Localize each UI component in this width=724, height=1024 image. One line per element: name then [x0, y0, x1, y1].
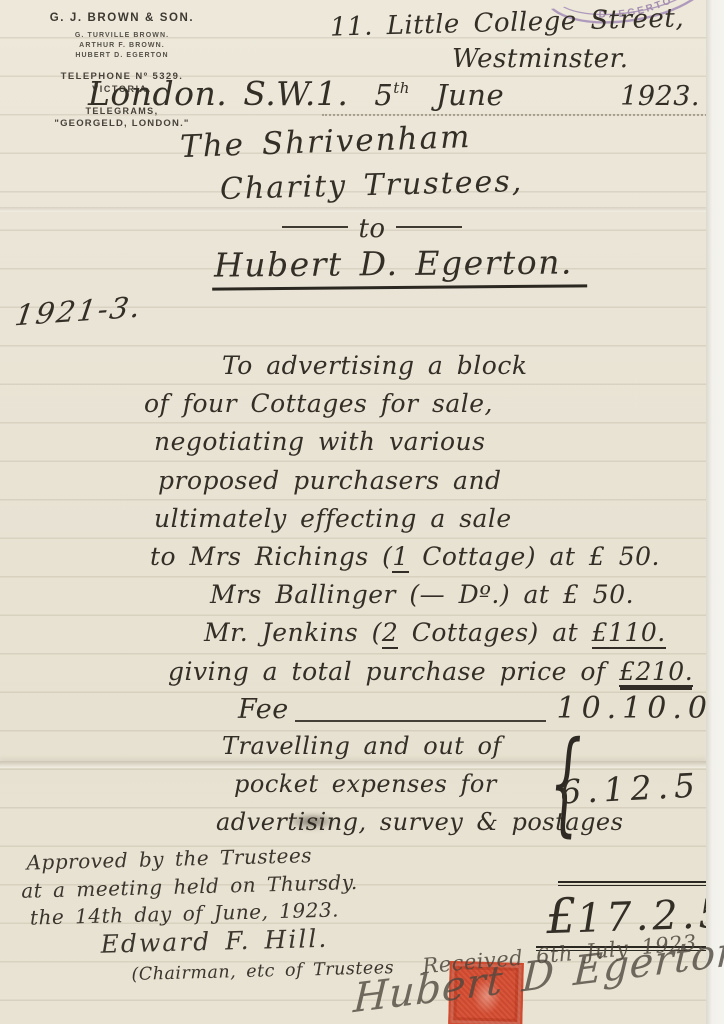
dash-left — [282, 226, 348, 228]
invoice-line-sale-3: Mr. Jenkins (2 Cottages) at £110. — [204, 614, 713, 652]
invoice-line: negotiating with various — [154, 423, 713, 461]
underlined-amount: £110. — [592, 618, 666, 649]
fold-crease-top — [0, 207, 706, 212]
to-label: to — [348, 214, 395, 244]
partner-name: HUBERT D. EGERTON — [38, 51, 206, 61]
invoice-line-sale-1: to Mrs Richings (1 Cottage) at £ 50. — [150, 538, 713, 576]
invoice-line: of four Cottages for sale, — [144, 385, 713, 423]
ink-smudge — [286, 813, 338, 830]
paper-sheet: D. EGERTO G. J. BROWN & SON. G. TURVILLE… — [0, 0, 706, 1024]
dotted-date-rule — [322, 114, 710, 116]
addressee-line-2: Charity Trustees, — [220, 164, 524, 207]
fee-label: Fee — [238, 694, 289, 725]
underlined-count: 1 — [392, 542, 408, 573]
currency-sign: £ — [545, 888, 577, 945]
underlined-count: 2 — [382, 618, 398, 649]
invoice-line: ultimately effecting a sale — [154, 500, 713, 538]
telegrams-address: "GEORGELD, LONDON." — [38, 118, 206, 129]
invoice-line-sale-2: Mrs Ballinger (— Dº.) at £ 50. — [210, 576, 713, 614]
place-date-line: London. S.W.1. 5th June 1923. — [88, 74, 708, 113]
date-month: June — [436, 78, 504, 112]
fee-row: Fee 10.10.0 — [238, 691, 713, 729]
partner-name: ARTHUR F. BROWN. — [38, 41, 206, 51]
company-name: G. J. BROWN & SON. — [38, 12, 206, 24]
date-ordinal-suffix: th — [393, 79, 410, 97]
expenses-amount: 6.12.5 — [559, 765, 702, 811]
invoice-total-price-line: giving a total purchase price of £210. — [168, 653, 713, 691]
double-underlined-amount: £210. — [619, 659, 693, 687]
date-year: 1923. — [620, 81, 700, 112]
account-period: 1921-3. — [13, 290, 145, 333]
city: Westminster. — [452, 44, 629, 74]
invoice-line: To advertising a block — [222, 347, 713, 385]
scanned-invoice-document: D. EGERTO G. J. BROWN & SON. G. TURVILLE… — [0, 0, 724, 1024]
invoice-line: proposed purchasers and — [158, 462, 713, 500]
payee-name: Hubert D. Egerton. — [212, 242, 587, 290]
invoice-body: To advertising a block of four Cottages … — [138, 347, 713, 729]
expenses-line: Travelling and out of — [222, 727, 713, 765]
partner-name: G. TURVILLE BROWN. — [38, 31, 206, 41]
place: London. S.W.1. — [88, 74, 348, 113]
to-separator: to — [282, 214, 462, 244]
date-day: 5th — [374, 78, 410, 112]
scan-background-edge — [706, 0, 724, 1024]
addressee-line-1: The Shrivenham — [179, 119, 472, 165]
approval-note: Approved by the Trustees at a meeting he… — [16, 840, 394, 992]
fee-rule-line — [295, 720, 547, 722]
receipt-signature: Hubert D Egerton — [352, 928, 724, 1022]
expenses-group: Travelling and out of pocket expenses fo… — [138, 727, 713, 842]
dash-right — [396, 226, 462, 228]
